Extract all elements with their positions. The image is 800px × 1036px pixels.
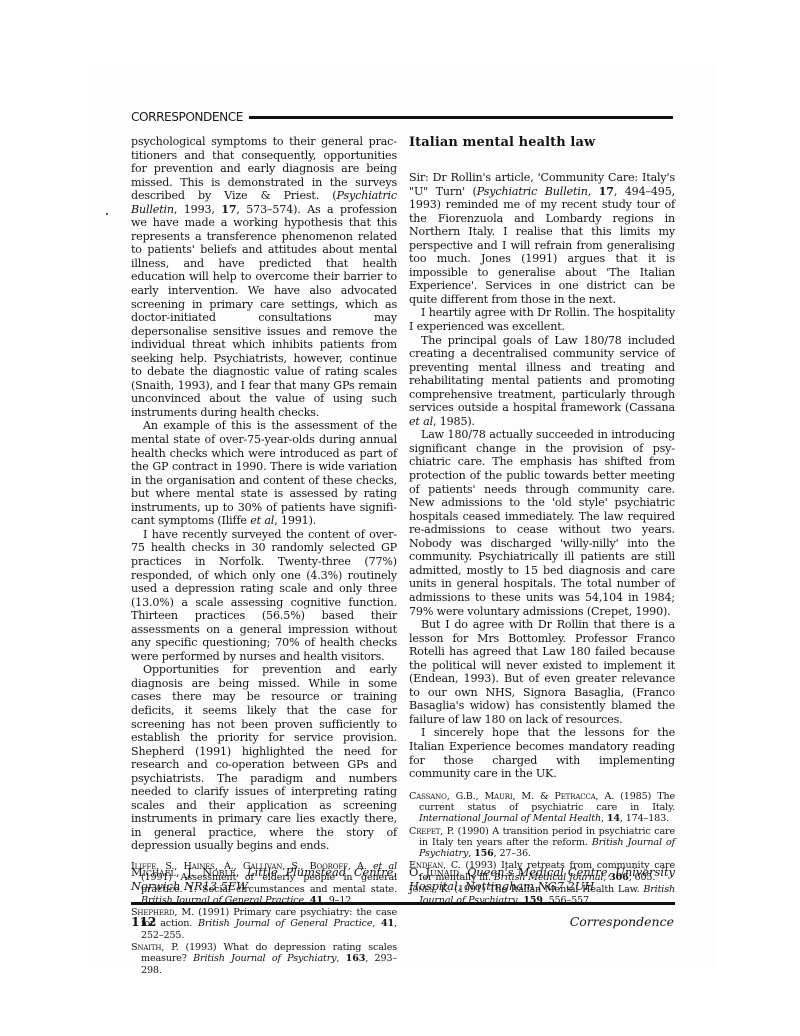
left-paragraph-4: Opportunities for prevention and early d… (131, 663, 397, 853)
footer-rule (131, 902, 675, 905)
ref-authors: Cassano, G.B., Mauri, M. & Petracca, A. (409, 791, 614, 802)
text-run: , (588, 185, 599, 198)
page-number: 112 (131, 914, 156, 929)
right-signature: O. Junaid, Queen's Medical Centre, Unive… (409, 866, 675, 893)
right-paragraph-1: Sir: Dr Rollin's article, 'Community Car… (409, 171, 675, 306)
author-name: O. Junaid (409, 865, 459, 879)
running-head-rule (249, 116, 673, 119)
reference-item: Snaith, P. (1993) What do depression rat… (131, 942, 397, 976)
ref-journal: British Journal of Psychiatry (193, 953, 336, 964)
left-paragraph-3: I have recently surveyed the content of … (131, 528, 397, 663)
ref-volume: 163 (346, 953, 366, 964)
reference-item: Cassano, G.B., Mauri, M. & Petracca, A. … (409, 791, 675, 825)
ref-authors: Snaith, P. (131, 942, 179, 953)
text-run: , 1991). (274, 514, 316, 527)
ref-authors: Crepet, P. (409, 826, 454, 837)
ref-volume: 156 (474, 848, 494, 859)
et-al: et al (250, 514, 274, 527)
right-paragraph-4: Law 180/78 actually succeeded in introdu… (409, 428, 675, 618)
right-paragraph-2: I heartily agree with Dr Rollin. The hos… (409, 306, 675, 333)
ref-pages: , 174–183. (620, 813, 669, 824)
ref-pages: , 27–36. (494, 848, 531, 859)
author-name: Michael, J. Noble (131, 865, 236, 879)
left-paragraph-1: psychological symptoms to their general … (131, 135, 397, 419)
reference-item: Shepherd, M. (1991) Primary care psychia… (131, 907, 397, 941)
text-run: , 1985). (433, 415, 475, 428)
volume-number: 17 (599, 185, 614, 198)
text-run: The principal goals of Law 180/78 includ… (409, 334, 675, 415)
left-signature: Michael, J. Noble, Little Plumstead Cent… (131, 866, 397, 893)
ref-journal: British Journal of General Practice (198, 918, 372, 929)
right-paragraph-5: But I do agree with Dr Rollin that there… (409, 618, 675, 726)
right-paragraph-6: I sincerely hope that the lessons for th… (409, 726, 675, 780)
text-run: , 573–574). As a profession we have made… (131, 203, 397, 419)
journal-title: Psychiatric Bulletin (477, 185, 588, 198)
scan-speck (106, 213, 108, 215)
running-head: CORRESPONDENCE (131, 109, 673, 125)
ref-volume: 41 (381, 918, 394, 929)
left-column: psychological symptoms to their general … (131, 135, 397, 977)
right-column: Italian mental health law Sir: Dr Rollin… (409, 135, 675, 908)
text-run: An example of this is the assessment of … (131, 419, 397, 527)
volume-number: 17 (221, 203, 236, 216)
text-run: , 1993, (174, 203, 221, 216)
article-headline: Italian mental health law (409, 135, 675, 151)
footer-section-title: Correspondence (570, 914, 674, 929)
et-al: et al (409, 415, 433, 428)
left-paragraph-2: An example of this is the assessment of … (131, 419, 397, 527)
right-paragraph-3: The principal goals of Law 180/78 includ… (409, 334, 675, 429)
reference-item: Crepet, P. (1990) A transition period in… (409, 826, 675, 860)
ref-volume: 14 (607, 813, 620, 824)
running-head-label: CORRESPONDENCE (131, 110, 243, 124)
text-run: , 494–495, 1993) reminded me of my recen… (409, 185, 675, 306)
ref-journal: International Journal of Mental Health (419, 813, 601, 824)
